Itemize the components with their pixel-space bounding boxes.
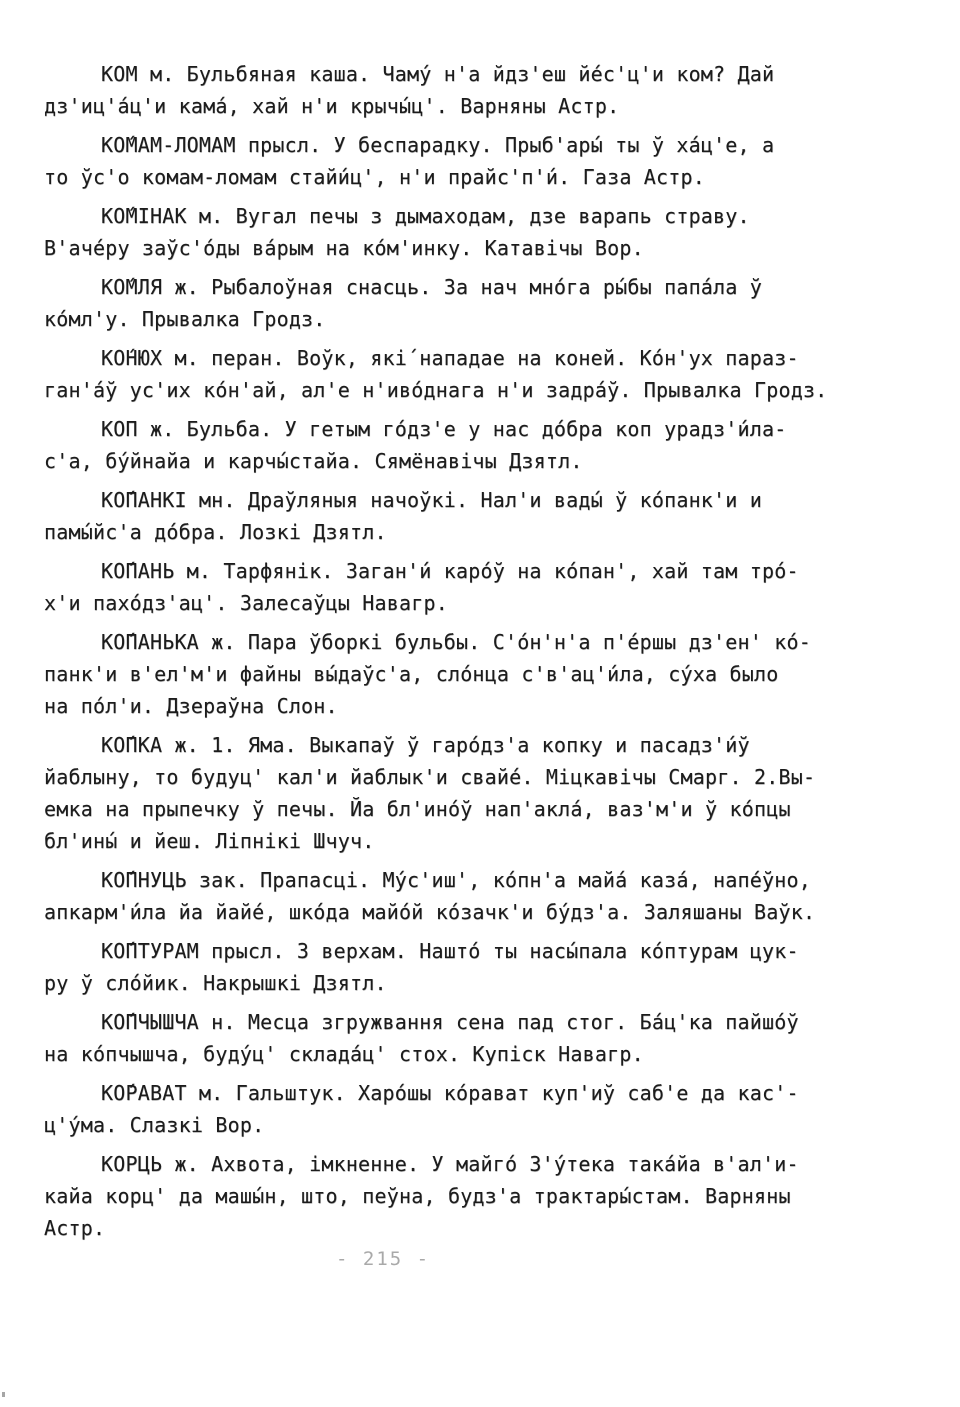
dictionary-entry: КОМ м. Бульбяная каша. Чаму́ н'а йдз'еш … [44,58,930,122]
dictionary-entry: КО́ПНУЦЬ зак. Прапасці. Му́с'иш', ко́пн'… [44,864,930,928]
dictionary-entry: КО́ПАНЬ м. Тарфянік. Заган'и́ каро́ў на … [44,555,930,619]
page-number: - 215 - [336,1248,430,1270]
dictionary-entry: КО́МЛЯ ж. Рыбалоўная снасць. За нач мно́… [44,271,930,335]
dictionary-entry: КО́ПКА ж. 1. Яма. Выкапаў ў гаро́дз'а ко… [44,729,930,857]
dictionary-entry: КО́МІНАК м. Вугал печы з дымаходам, дзе … [44,200,930,264]
dictionary-entry: КО́ПТУРАМ прысл. З верхам. Нашто́ ты нас… [44,935,930,999]
dictionary-entry: КО́ПАНЬКА ж. Пара ўборкі бульбы. С'о́н'н… [44,626,930,722]
dictionary-entry: КО́РАВАТ м. Гальштук. Харо́шы ко́рават к… [44,1077,930,1141]
dictionary-entry: КОП ж. Бульба. У гетым го́дз'е у нас до́… [44,413,930,477]
dictionary-entry: КО́НЮХ м. перан. Воўк, які́ нападае на к… [44,342,930,406]
dictionary-entry: КО́МАМ-ЛОМАМ прысл. У беспарадку. Прыб'а… [44,129,930,193]
dictionary-entry: КО́ПАНКІ мн. Драўляныя начоўкі. Нал'и ва… [44,484,930,548]
scanned-page: КОМ м. Бульбяная каша. Чаму́ н'а йдз'еш … [0,0,960,1407]
scan-speck [2,1392,5,1397]
dictionary-entry: КО́ПЧЫШЧА н. Месца згружвання сена пад с… [44,1006,930,1070]
dictionary-entry: КОРЦЬ ж. Ахвота, імкненне. У майго́ З'у́… [44,1148,930,1244]
dictionary-entries: КОМ м. Бульбяная каша. Чаму́ н'а йдз'еш … [44,58,930,1251]
